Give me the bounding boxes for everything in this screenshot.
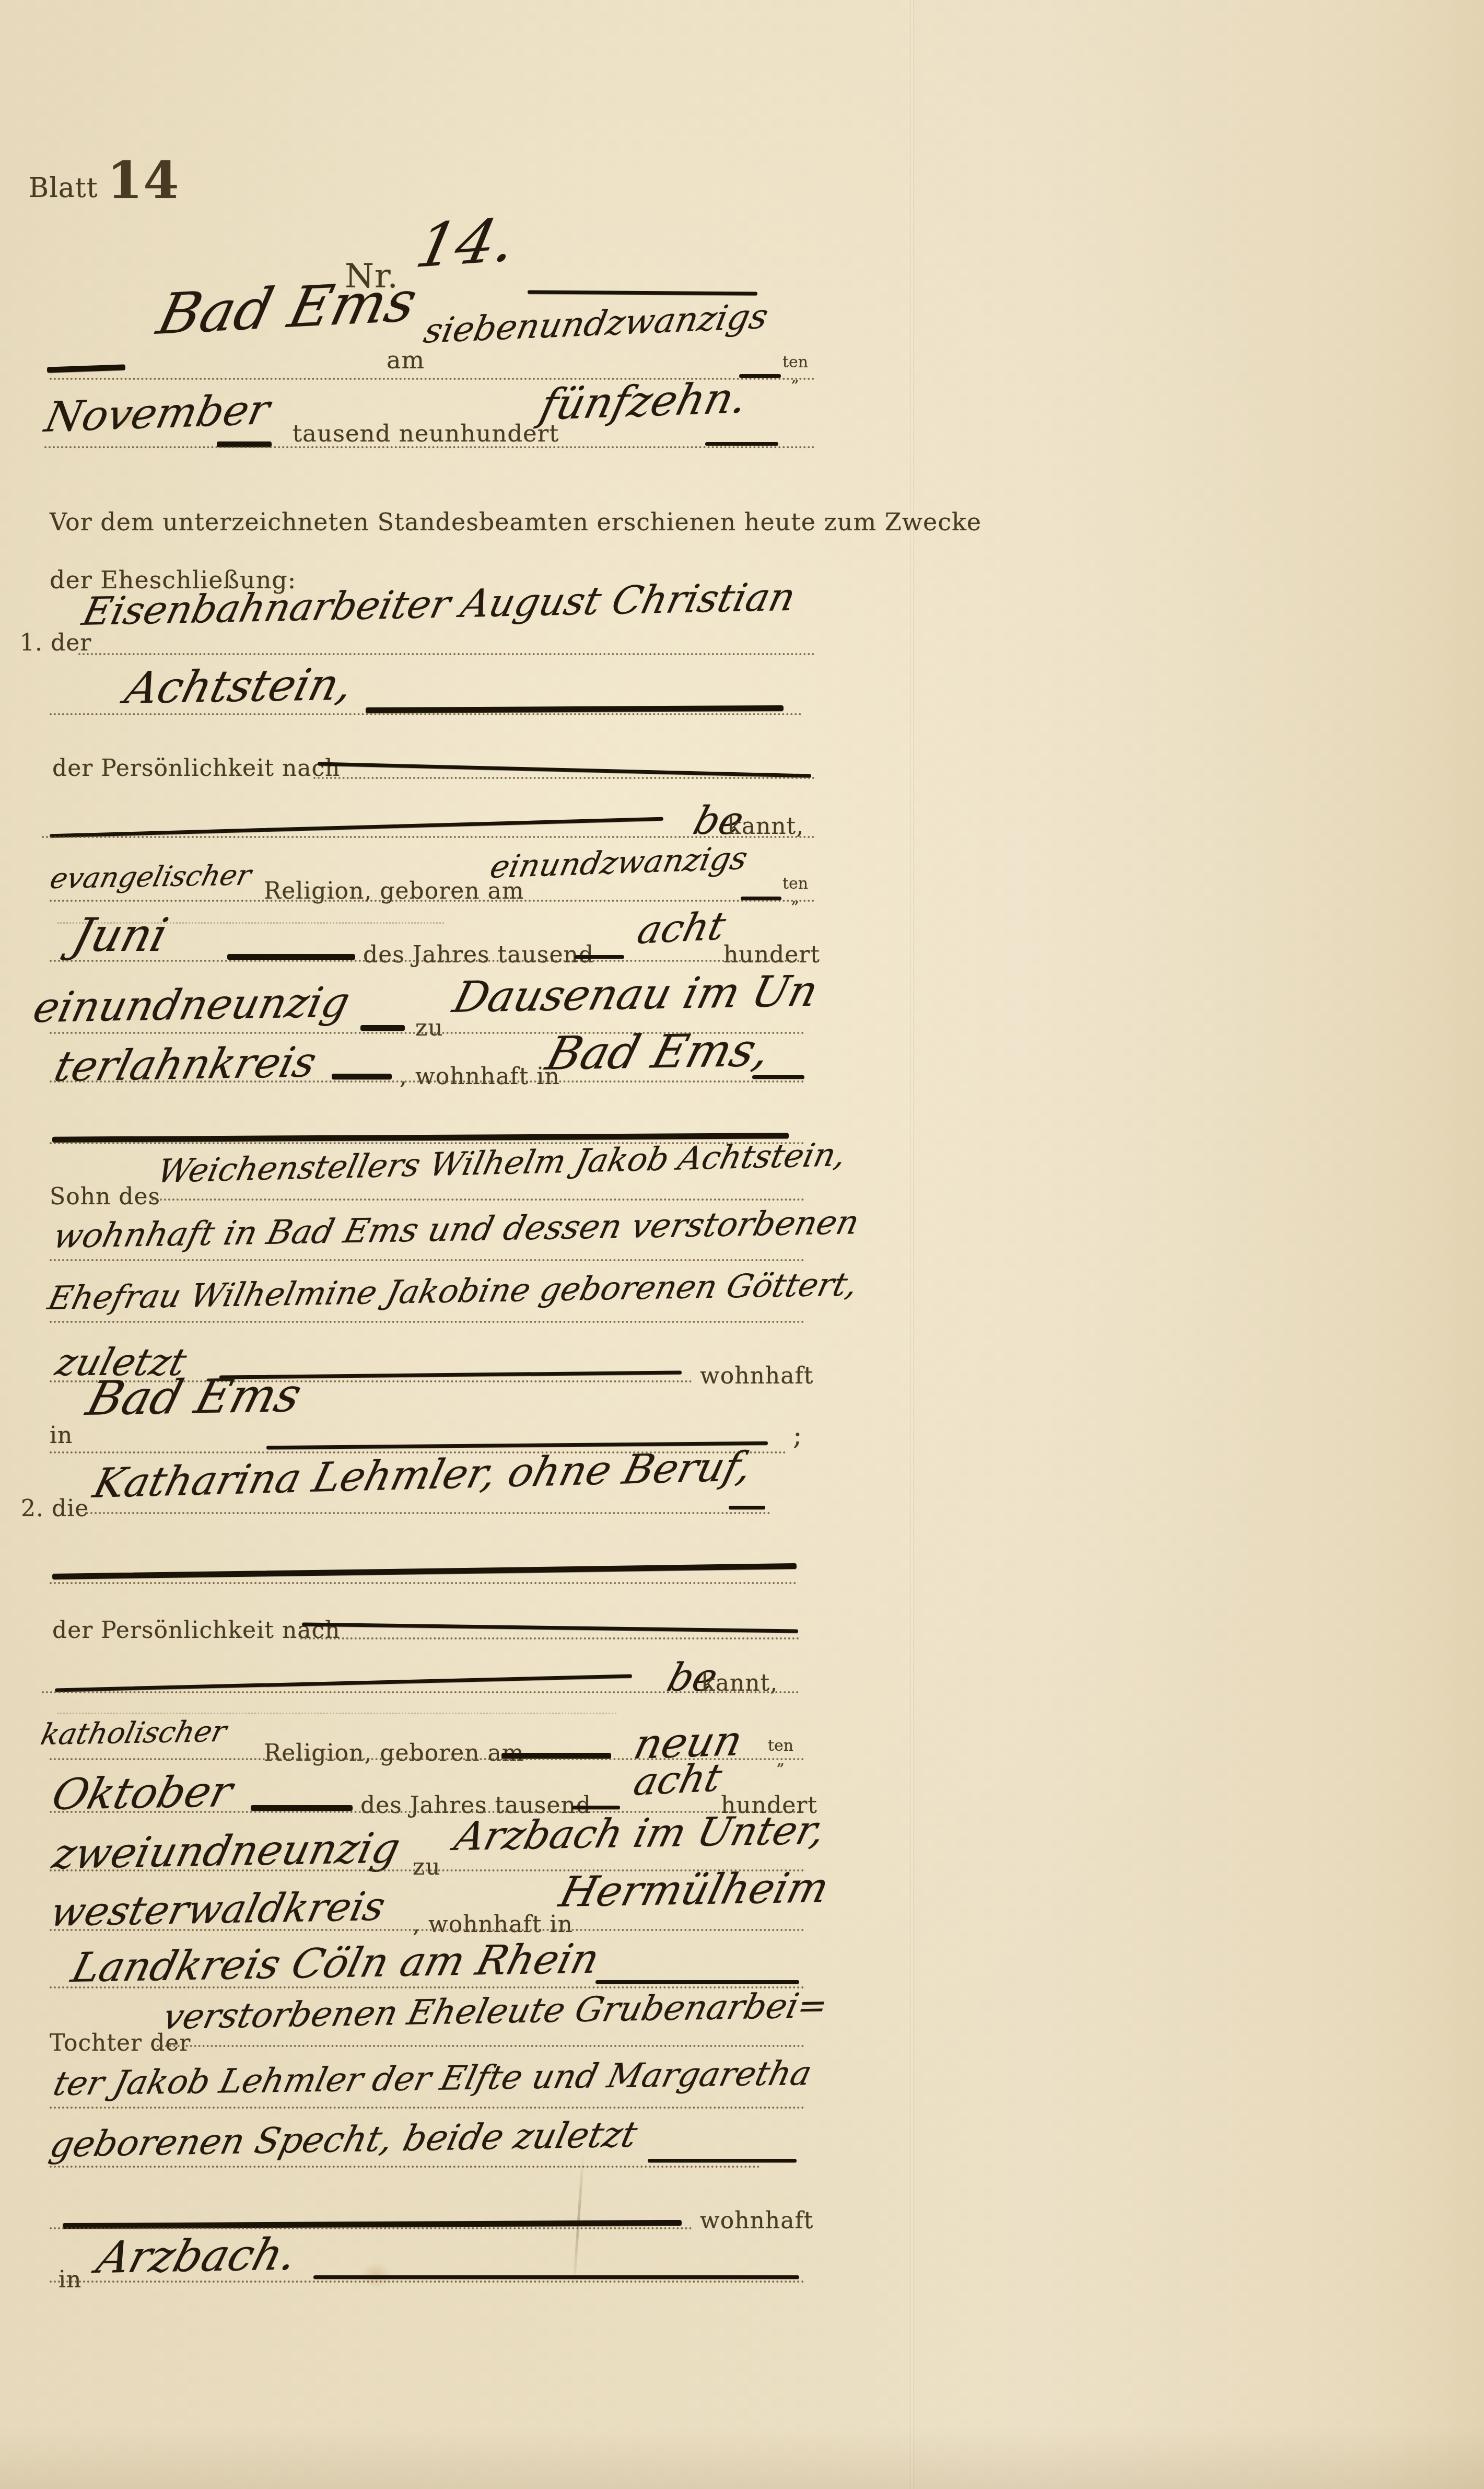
dateline-day-word: siebenundzwanzigs	[420, 296, 772, 351]
bride-index-label: 2. die	[21, 1495, 89, 1522]
dotted-rule	[42, 1691, 799, 1693]
bride-residence: Hermülheim	[555, 1863, 834, 1916]
marriage-registry-scan: Blatt 14 Nr. 14. Bad Ems am siebenundzwa…	[0, 0, 1484, 2489]
groom-in-label: in	[50, 1422, 73, 1449]
dotted-rule	[50, 2166, 760, 2168]
bride-last-residence: Arzbach.	[91, 2228, 303, 2283]
groom-birth-month: Juni	[67, 908, 173, 962]
dotted-rule	[300, 1637, 799, 1639]
bride-wohnhaft-in-label: , wohnhaft in	[413, 1911, 573, 1938]
bride-zu-label: zu	[413, 1854, 441, 1880]
ink-stroke	[52, 1563, 797, 1579]
groom-birthplace-line2: terlahnkreis	[50, 1038, 321, 1091]
groom-hundert-label: hundert	[723, 941, 820, 968]
dotted-rule	[44, 446, 815, 448]
bride-in-label: in	[59, 2266, 81, 2293]
groom-last-residence: Bad Ems	[81, 1368, 307, 1426]
sheet-number: 14	[107, 150, 179, 211]
groom-parents-line3: Ehefrau Wilhelmine Jakobine geborenen Gö…	[44, 1265, 861, 1317]
groom-birthplace-line1: Dausenau im Un	[448, 967, 823, 1022]
bride-parents-line1: verstorbenen Eheleute Grubenarbei=	[159, 1985, 832, 2037]
groom-zu-label: zu	[415, 1015, 443, 1041]
dateline-tausend-label: tausend neunhundert	[293, 420, 559, 447]
ink-stroke	[595, 1980, 799, 1984]
groom-wohnhaft-in-label: , wohnhaft in	[400, 1063, 560, 1090]
ink-stroke	[752, 1075, 804, 1079]
dotted-rule	[50, 960, 804, 962]
dotted-rule	[50, 1321, 804, 1323]
ink-stroke	[302, 1622, 798, 1633]
page-bottom-shadow	[0, 2426, 1484, 2489]
ink-stroke	[366, 705, 784, 713]
bride-parents-line3: geborenen Specht, beide zuletzt	[46, 2114, 641, 2166]
dotted-rule	[50, 1259, 804, 1261]
ink-stroke	[648, 2159, 797, 2162]
dotted-rule	[50, 713, 802, 715]
dotted-rule	[86, 1512, 770, 1514]
dotted-rule	[157, 2045, 804, 2047]
groom-identity-label: der Persönlichkeit nach	[52, 755, 340, 782]
dotted-rule	[50, 900, 815, 902]
record-no-value: 14.	[410, 205, 522, 282]
groom-year-tail: einundneunzig	[29, 978, 355, 1032]
page-fold-crease	[910, 0, 914, 2489]
ink-stroke	[251, 1805, 353, 1811]
bride-identity-label: der Persönlichkeit nach	[52, 1617, 340, 1644]
dotted-rule	[50, 1929, 804, 1931]
bride-residence-line2: Landkreis Cöln am Rhein	[67, 1936, 604, 1992]
dateline-city: Bad Ems	[151, 269, 423, 347]
groom-religion-hw: evangelischer	[47, 858, 254, 895]
dotted-rule	[50, 2281, 804, 2283]
dotted-rule	[313, 777, 815, 779]
ink-stroke	[47, 364, 125, 373]
bride-religion-hw: katholischer	[38, 1715, 230, 1752]
dotted-rule-faint	[57, 1713, 616, 1714]
dotted-rule	[78, 653, 815, 655]
ink-stroke	[575, 955, 624, 959]
bride-year-hw: acht	[629, 1755, 726, 1805]
ink-stroke	[332, 1074, 392, 1079]
dateline-am-label: am	[387, 346, 425, 374]
ink-stroke	[227, 954, 355, 960]
ink-stroke	[528, 290, 757, 295]
dateline-year-word: fünfzehn.	[535, 373, 752, 430]
ink-stroke	[318, 762, 811, 777]
dotted-rule	[42, 836, 815, 838]
sheet-label: Blatt	[29, 172, 98, 204]
bride-parents-line2: ter Jakob Lehmler der Elfte und Margaret…	[50, 2054, 815, 2103]
groom-parents-line2: wohnhaft in Bad Ems und dessen verstorbe…	[50, 1203, 863, 1256]
dotted-rule	[50, 2107, 804, 2109]
ink-stroke	[313, 2275, 799, 2279]
ink-stroke	[729, 1506, 765, 1509]
ten-quote: „	[791, 367, 800, 386]
groom-year-hw: acht	[633, 904, 730, 953]
dotted-rule	[50, 1080, 804, 1083]
bride-birthplace-line1: Arzbach im Unter,	[450, 1807, 831, 1859]
dotted-rule	[151, 1199, 804, 1201]
groom-birth-day: einundzwanzigs	[487, 840, 751, 886]
dotted-rule	[50, 2227, 692, 2229]
bride-religion-label: Religion, geboren am	[264, 1740, 524, 1766]
ink-stroke	[360, 1025, 405, 1031]
bride-ten-suffix: ten „	[768, 1739, 793, 1767]
ink-stroke	[705, 442, 778, 446]
ink-stroke	[55, 1674, 632, 1692]
ink-stroke	[50, 817, 663, 838]
groom-wohnhaft-label: wohnhaft	[700, 1363, 813, 1389]
dotted-rule	[50, 1582, 797, 1584]
bride-wohnhaft-label: wohnhaft	[700, 2207, 813, 2234]
groom-son-label: Sohn des	[50, 1183, 160, 1210]
bride-birthplace-line2: westerwaldkreis	[46, 1883, 390, 1935]
groom-residence: Bad Ems,	[541, 1023, 777, 1080]
ink-stroke	[572, 1806, 620, 1809]
groom-surname: Achtstein,	[120, 659, 358, 714]
intro-line-1: Vor dem unterzeichneten Standesbeamten e…	[50, 508, 981, 536]
groom-year-label: des Jahres tausend	[363, 941, 594, 968]
ten-quote: „	[791, 889, 800, 907]
dateline-month: November	[41, 385, 274, 441]
groom-semicolon: ;	[793, 1420, 803, 1451]
